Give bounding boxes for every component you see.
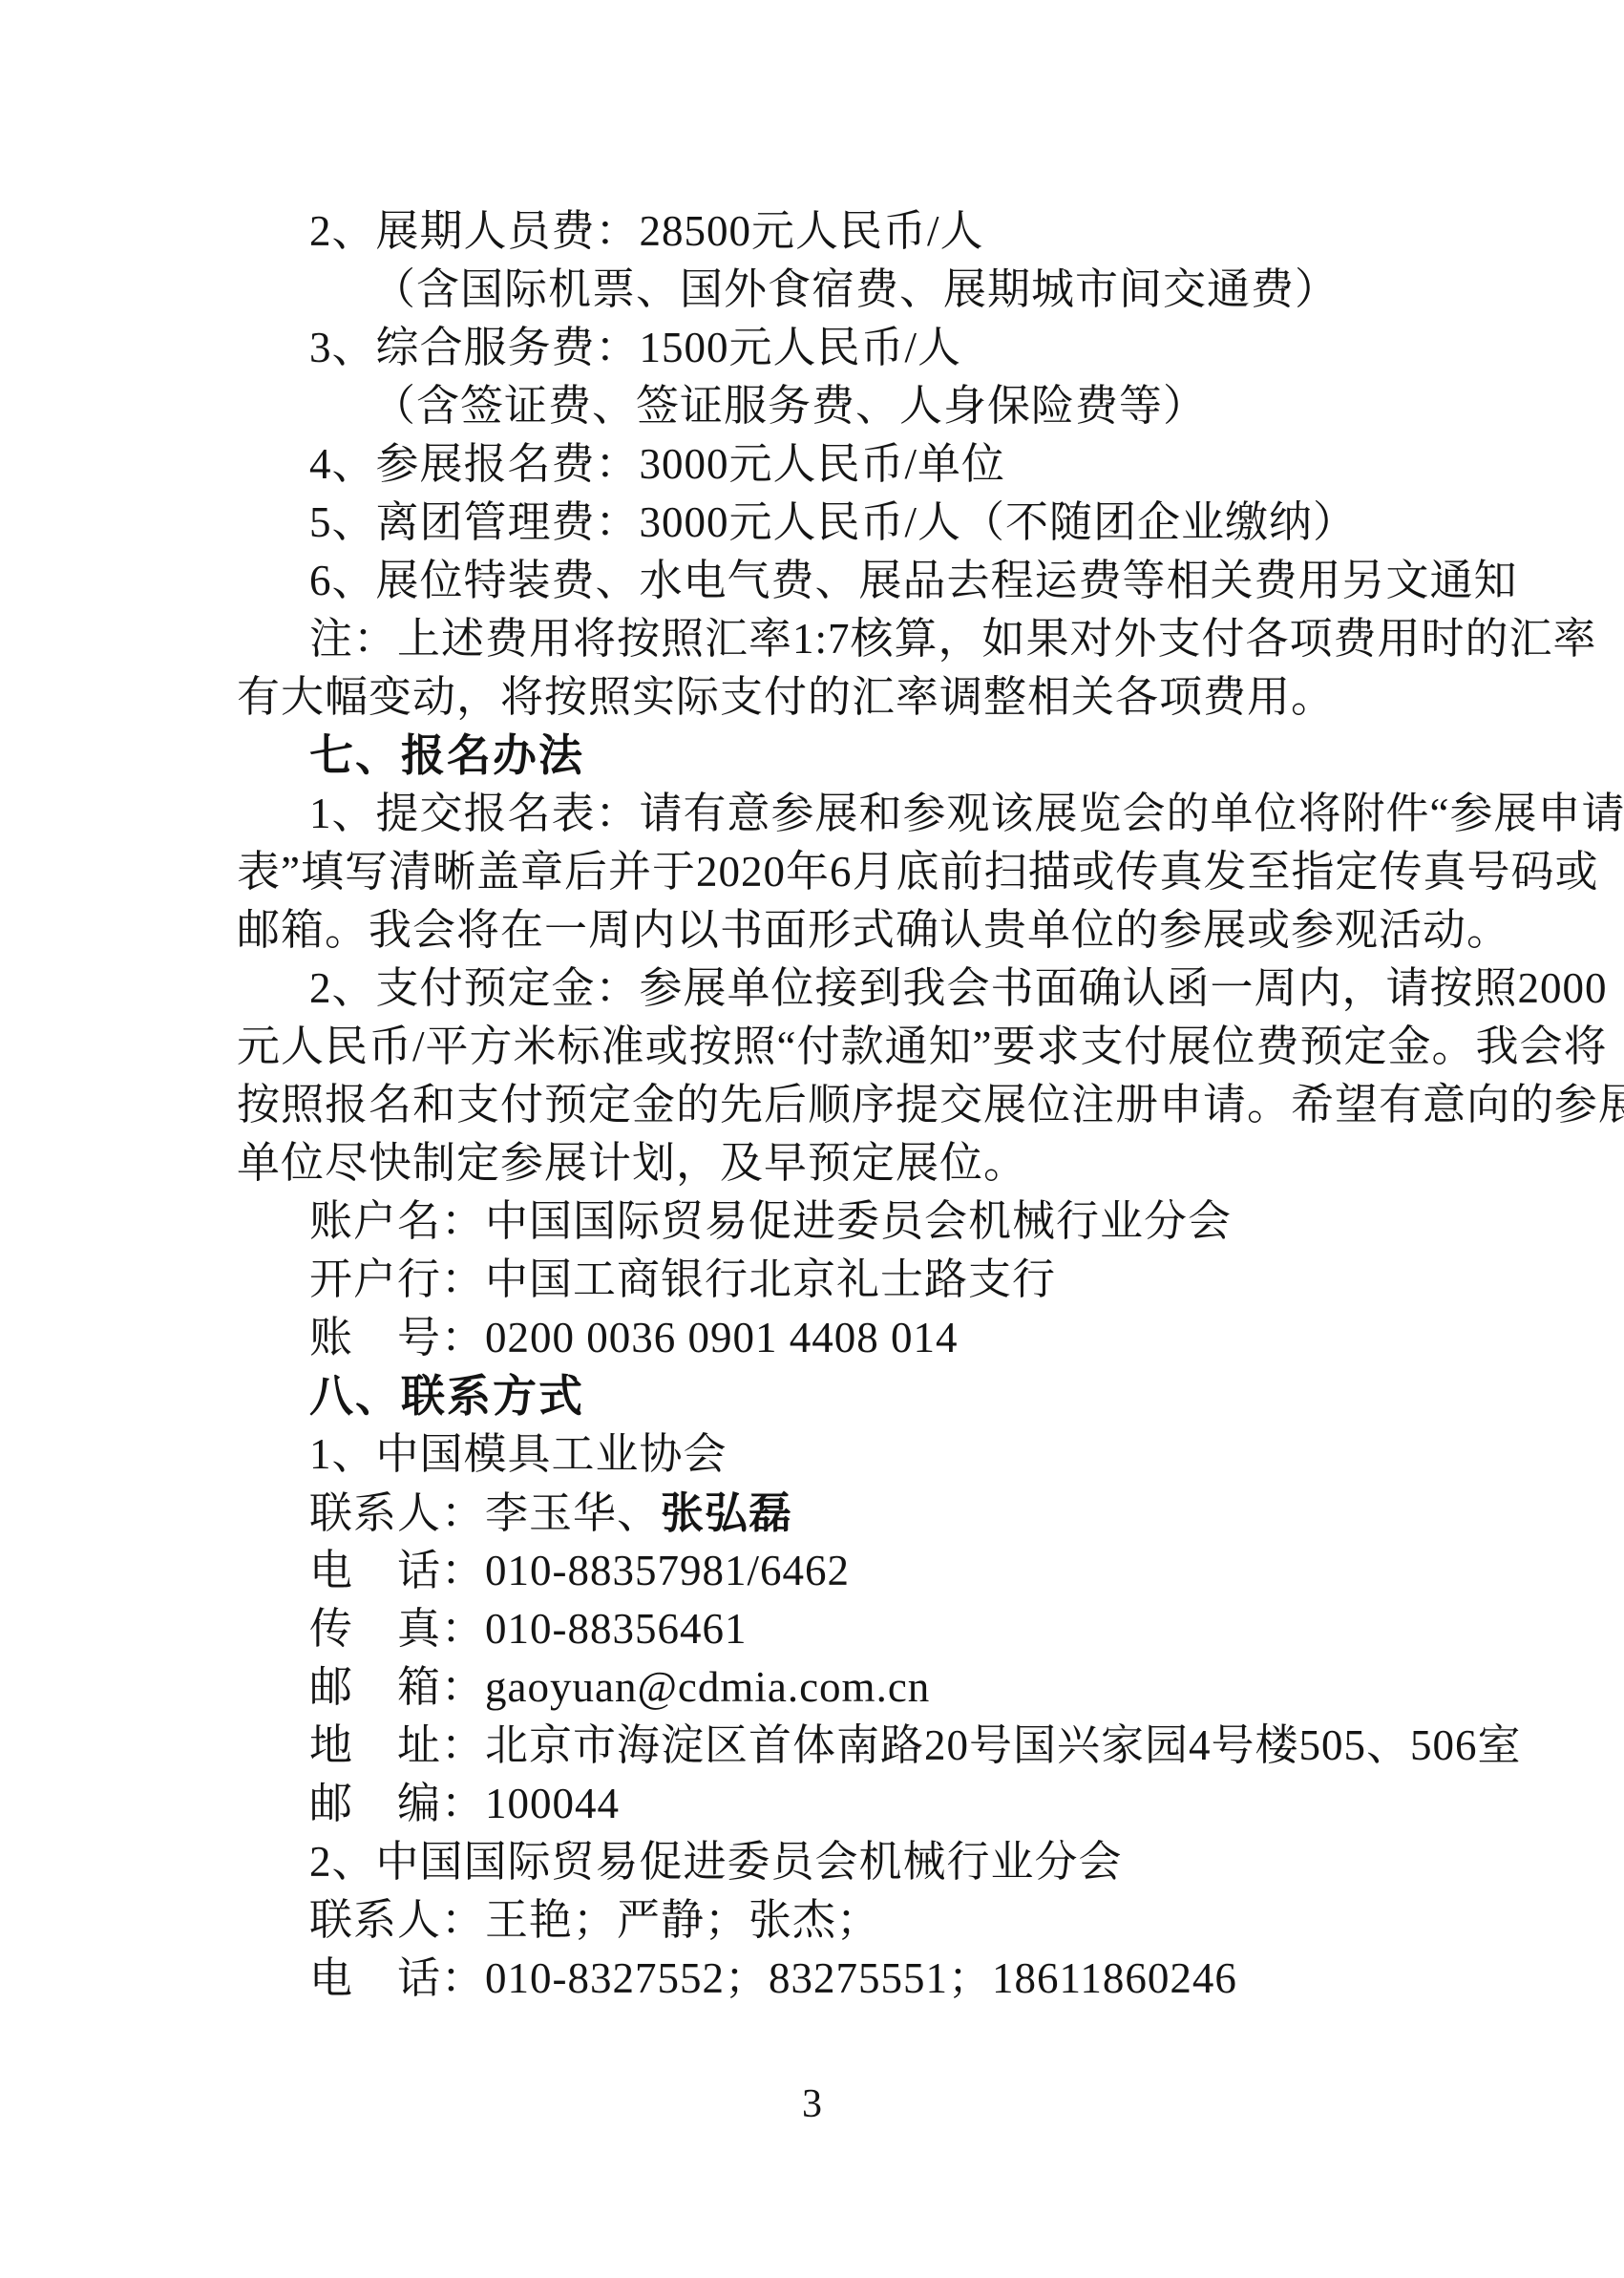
contact-org-line: 2、中国国际贸易促进委员会机械行业分会 bbox=[237, 1833, 1392, 1891]
contact-address-line: 地 址：北京市海淀区首体南路20号国兴家园4号楼505、506室 bbox=[237, 1717, 1392, 1775]
fee-item-line: 5、离团管理费：3000元人民币/人（不随团企业缴纳） bbox=[237, 494, 1392, 552]
exchange-note-line: 注：上述费用将按照汇率1:7核算，如果对外支付各项费用时的汇率 bbox=[237, 610, 1392, 668]
paragraph-line: 2、支付预定金：参展单位接到我会书面确认函一周内，请按照2000 bbox=[237, 960, 1392, 1018]
contact-phone-line: 电 话：010-8327552；83275551；18611860246 bbox=[237, 1950, 1392, 2008]
bank-account-number-line: 账 号：0200 0036 0901 4408 014 bbox=[237, 1309, 1392, 1367]
page-number: 3 bbox=[0, 2079, 1624, 2129]
contact-org-line: 1、中国模具工业协会 bbox=[237, 1425, 1392, 1484]
fee-detail-line: （含国际机票、国外食宿费、展期城市间交通费） bbox=[237, 261, 1392, 319]
contact-person-names: 联系人：李玉华、 bbox=[309, 1489, 661, 1537]
fee-item-line: 4、参展报名费：3000元人民币/单位 bbox=[237, 435, 1392, 494]
contact-email-line: 邮 箱：gaoyuan@cdmia.com.cn bbox=[237, 1658, 1392, 1717]
contact-person-name-bold: 张弘磊 bbox=[661, 1488, 792, 1537]
paragraph-line: 表”填写清晰盖章后并于2020年6月底前扫描或传真发至指定传真号码或 bbox=[237, 843, 1392, 901]
section-heading-registration: 七、报名办法 bbox=[237, 727, 1392, 785]
document-page: 2、展期人员费：28500元人民币/人 （含国际机票、国外食宿费、展期城市间交通… bbox=[0, 0, 1624, 2278]
paragraph-line: 单位尽快制定参展计划，及早预定展位。 bbox=[237, 1134, 1392, 1192]
contact-zipcode-line: 邮 编：100044 bbox=[237, 1775, 1392, 1833]
fee-item-line: 2、展期人员费：28500元人民币/人 bbox=[237, 202, 1392, 261]
bank-branch-line: 开户行：中国工商银行北京礼士路支行 bbox=[237, 1251, 1392, 1309]
paragraph-line: 按照报名和支付预定金的先后顺序提交展位注册申请。希望有意向的参展 bbox=[237, 1076, 1392, 1134]
fee-detail-line: （含签证费、签证服务费、人身保险费等） bbox=[237, 377, 1392, 435]
bank-account-name-line: 账户名：中国国际贸易促进委员会机械行业分会 bbox=[237, 1192, 1392, 1251]
section-heading-contact: 八、联系方式 bbox=[237, 1367, 1392, 1425]
contact-person-line: 联系人：王艳；严静；张杰； bbox=[237, 1891, 1392, 1950]
paragraph-line: 邮箱。我会将在一周内以书面形式确认贵单位的参展或参观活动。 bbox=[237, 901, 1392, 960]
exchange-note-line: 有大幅变动，将按照实际支付的汇率调整相关各项费用。 bbox=[237, 668, 1392, 727]
contact-person-line: 联系人：李玉华、张弘磊 bbox=[237, 1484, 1392, 1542]
contact-fax-line: 传 真：010-88356461 bbox=[237, 1600, 1392, 1658]
paragraph-line: 元人民币/平方米标准或按照“付款通知”要求支付展位费预定金。我会将 bbox=[237, 1018, 1392, 1076]
fee-item-line: 3、综合服务费：1500元人民币/人 bbox=[237, 319, 1392, 377]
document-body: 2、展期人员费：28500元人民币/人 （含国际机票、国外食宿费、展期城市间交通… bbox=[237, 202, 1392, 2008]
paragraph-line: 1、提交报名表：请有意参展和参观该展览会的单位将附件“参展申请 bbox=[237, 785, 1392, 843]
contact-phone-line: 电 话：010-88357981/6462 bbox=[237, 1542, 1392, 1600]
fee-item-line: 6、展位特装费、水电气费、展品去程运费等相关费用另文通知 bbox=[237, 552, 1392, 610]
